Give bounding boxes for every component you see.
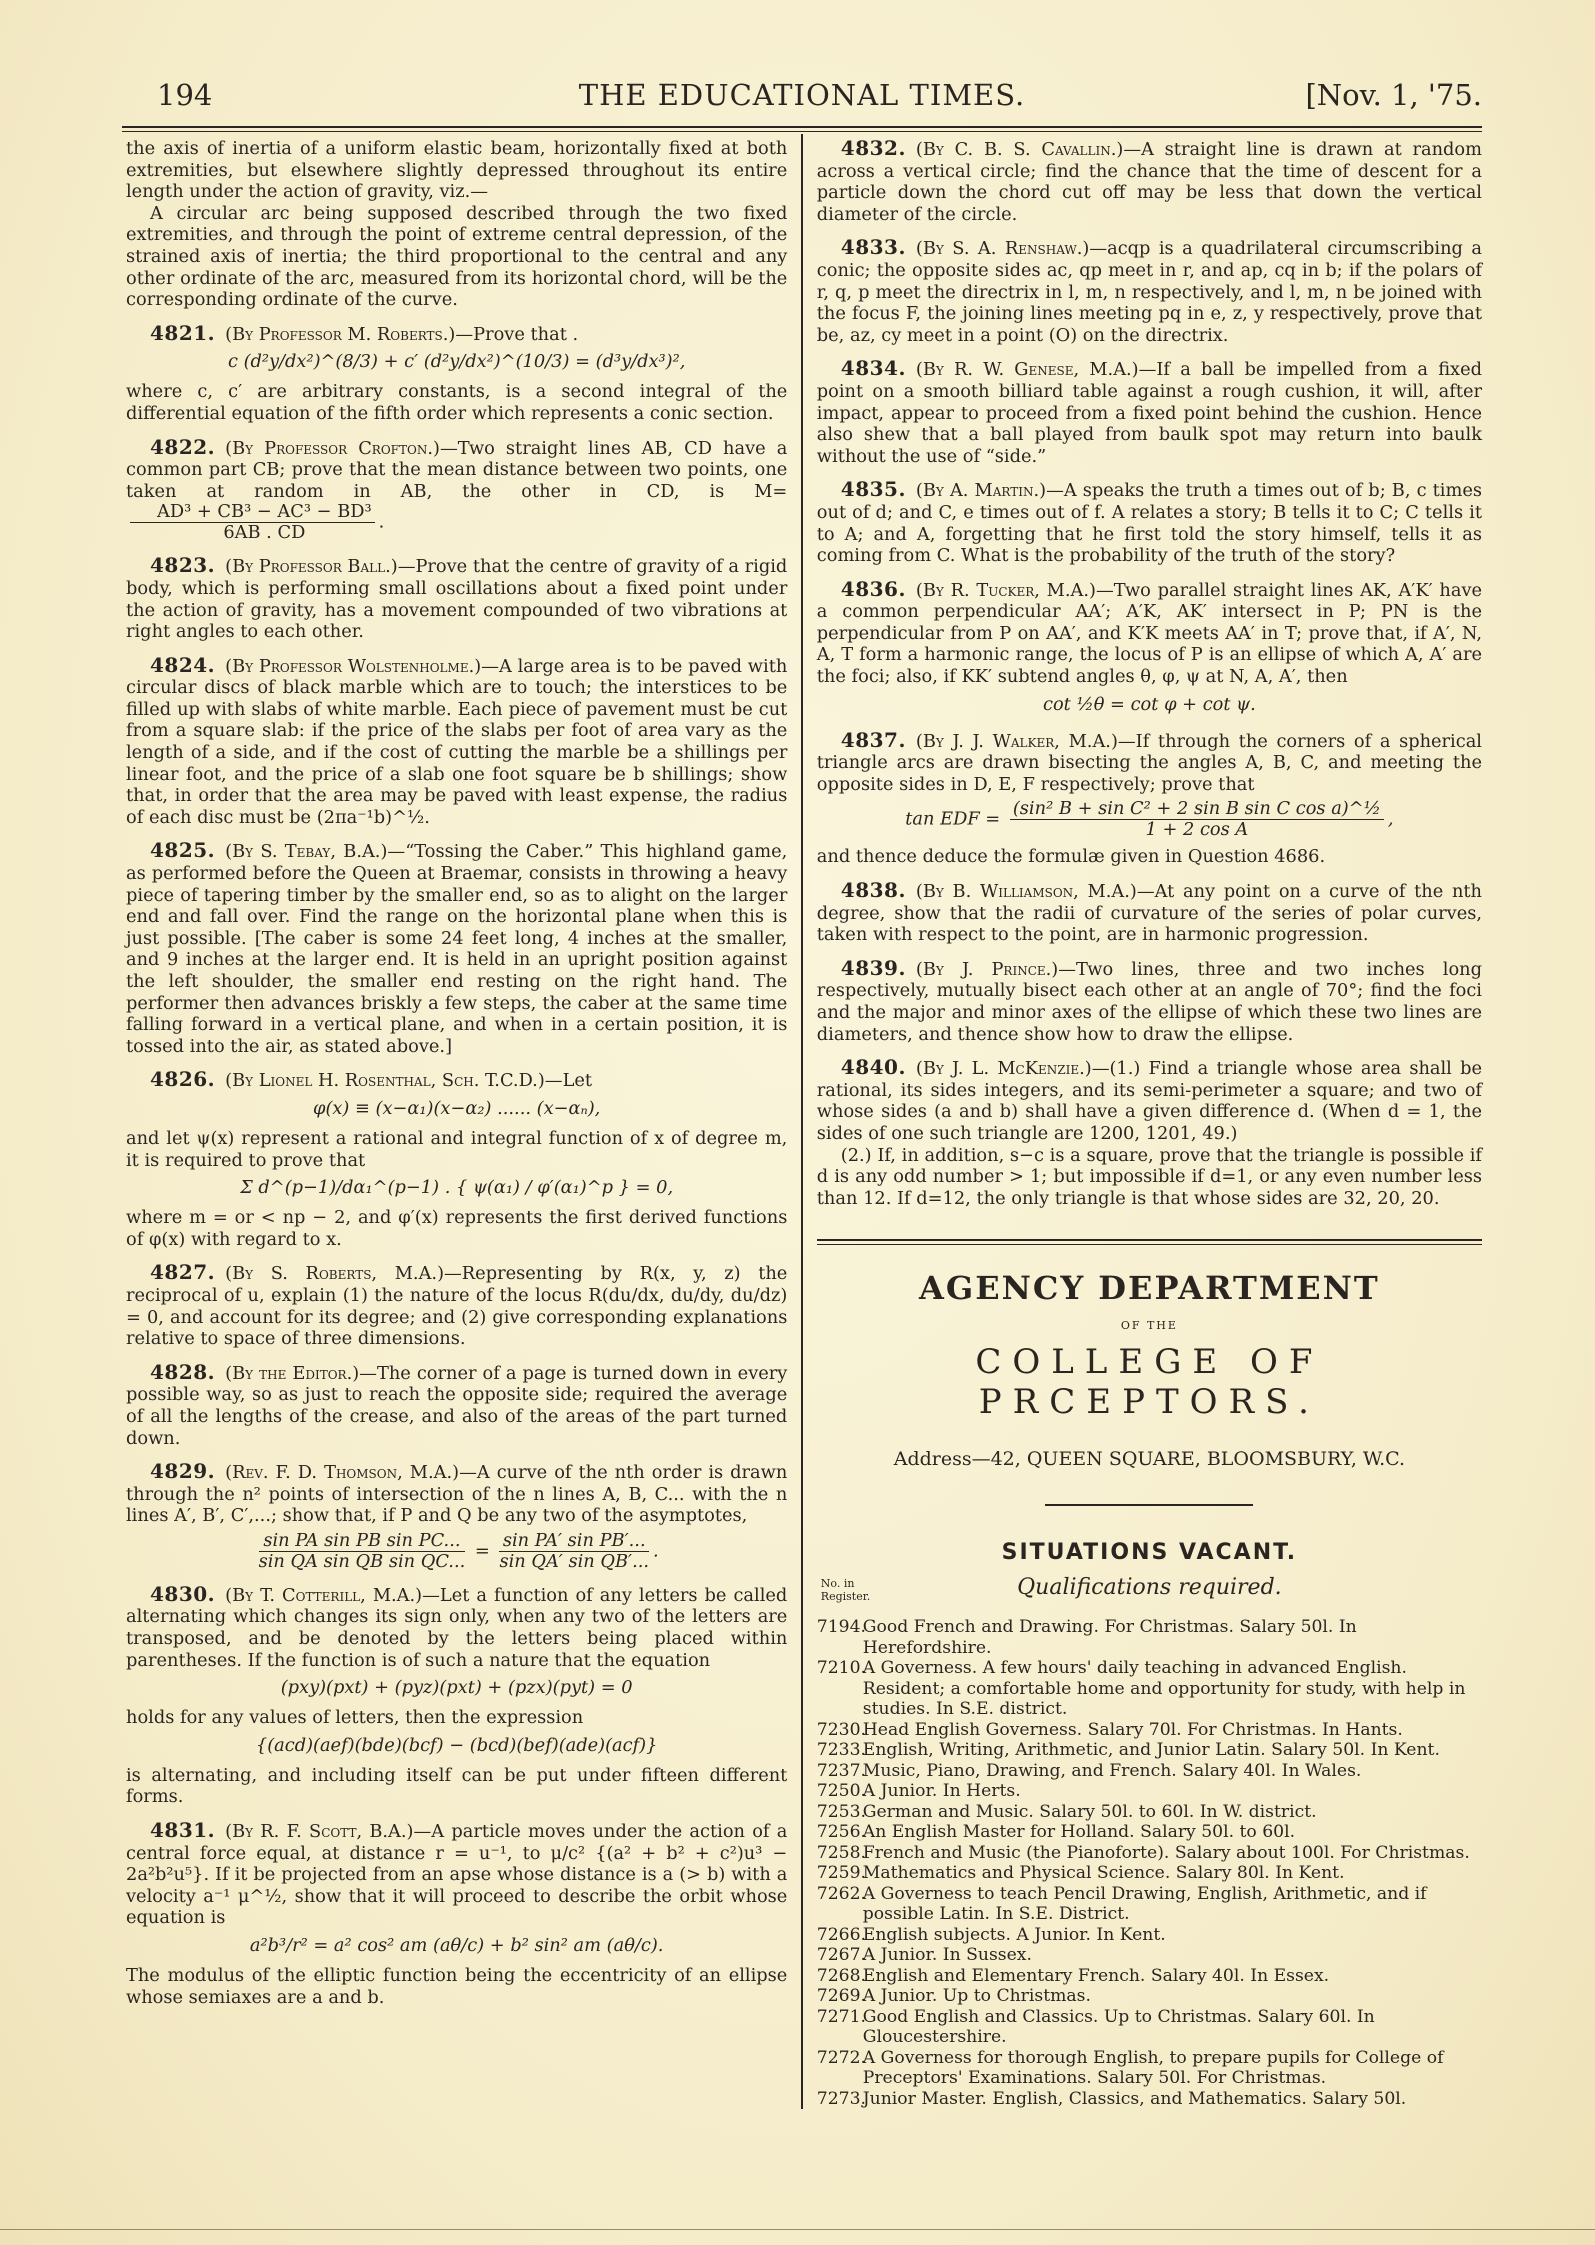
question-number: 4826. — [150, 1067, 215, 1091]
situation-row: 7259.Mathematics and Physical Science. S… — [817, 1863, 1482, 1884]
question-author: (By J. Prince.) — [916, 959, 1058, 980]
question-number: 4825. — [150, 838, 215, 862]
question-text: and let ψ(x) represent a rational and in… — [126, 1128, 787, 1171]
formula: {(acd)(aef)(bde)(bcf) − (bcd)(bef)(ade)(… — [126, 1733, 787, 1759]
question-number: 4839. — [841, 956, 906, 980]
situation-row: 7194.Good French and Drawing. For Christ… — [817, 1617, 1482, 1658]
question-text: —Prove that . — [455, 324, 578, 345]
formula: a²b³/r² = a² cos² am (aθ/c) + b² sin² am… — [126, 1933, 787, 1959]
question-author: (By Lionel H. Rosenthal, Sch. T.C.D.) — [225, 1070, 545, 1091]
newspaper-page: 194 THE EDUCATIONAL TIMES. [Nov. 1, '75.… — [122, 70, 1482, 2109]
formula: (pxy)(pxt) + (pyz)(pxt) + (pzx)(pyt) = 0 — [126, 1675, 787, 1701]
intro-paragraph: the axis of inertia of a uniform elastic… — [126, 138, 787, 203]
question-4835: 4835.(By A. Martin.)—A speaks the truth … — [817, 479, 1482, 566]
agency-title: AGENCY DEPARTMENT — [817, 1269, 1482, 1307]
situations-list: 7194.Good French and Drawing. For Christ… — [817, 1617, 1482, 2109]
question-4837: 4837.(By J. J. Walker, M.A.)—If through … — [817, 730, 1482, 868]
question-text: and thence deduce the formulæ given in Q… — [817, 846, 1482, 868]
question-author: (By Professor M. Roberts.) — [225, 324, 455, 345]
formula: c (d²y/dx²)^(8/3) + c′ (d²y/dx²)^(10/3) … — [126, 349, 787, 375]
situations-header: No. in Register. Qualifications required… — [817, 1569, 1482, 1617]
question-author: (Rev. F. D. Thomson, M.A.) — [225, 1462, 459, 1483]
question-4825: 4825.(By S. Tebay, B.A.)—“Tossing the Ca… — [126, 840, 787, 1057]
right-column: 4832.(By C. B. S. Cavallin.)—A straight … — [803, 132, 1482, 2109]
question-4826: 4826.(By Lionel H. Rosenthal, Sch. T.C.D… — [126, 1069, 787, 1250]
question-author: (By R. W. Genese, M.A.) — [916, 359, 1139, 380]
question-number: 4835. — [841, 477, 906, 501]
situation-row: 7237.Music, Piano, Drawing, and French. … — [817, 1761, 1482, 1782]
question-text: where c, c′ are arbitrary constants, is … — [126, 381, 787, 424]
situation-row: 7271.Good English and Classics. Up to Ch… — [817, 2007, 1482, 2048]
question-text: is alternating, and including itself can… — [126, 1765, 787, 1808]
question-number: 4830. — [150, 1582, 215, 1606]
situation-row: 7258.French and Music (the Pianoforte). … — [817, 1843, 1482, 1864]
college-title: COLLEGE OF PRCEPTORS. — [817, 1342, 1482, 1422]
issue-date: [Nov. 1, '75. — [1305, 78, 1482, 112]
short-rule — [1045, 1504, 1253, 1506]
question-author: (By Professor Ball.) — [225, 556, 398, 577]
question-4834: 4834.(By R. W. Genese, M.A.)—If a ball b… — [817, 358, 1482, 467]
question-number: 4827. — [150, 1260, 215, 1284]
question-text: —“Tossing the Caber.” This highland game… — [126, 841, 787, 1056]
section-rule — [817, 1239, 1482, 1245]
agency-of-the: OF THE — [817, 1319, 1482, 1332]
question-text: —A large area is to be paved with circul… — [126, 656, 787, 828]
question-4821: 4821.(By Professor M. Roberts.)—Prove th… — [126, 323, 787, 425]
question-number: 4821. — [150, 321, 215, 345]
question-author: (By J. J. Walker, M.A.) — [916, 731, 1118, 752]
question-4840: 4840.(By J. L. McKenzie.)—(1.) Find a tr… — [817, 1057, 1482, 1209]
question-author: (By R. F. Scott, B.A.) — [225, 1821, 413, 1842]
question-4827: 4827.(By S. Roberts, M.A.)—Representing … — [126, 1262, 787, 1349]
situation-row: 7233.English, Writing, Arithmetic, and J… — [817, 1740, 1482, 1761]
situation-row: 7256.An English Master for Holland. Sala… — [817, 1822, 1482, 1843]
question-text: (2.) If, in addition, s−c is a square, p… — [817, 1145, 1482, 1210]
question-author: (By A. Martin.) — [916, 480, 1046, 501]
question-author: (By T. Cotterill, M.A.) — [225, 1585, 422, 1606]
formula-fraction: AD³ + CB³ − AC³ − BD³6AB . CD — [130, 502, 375, 543]
question-text: where m = or < np − 2, and φ′(x) represe… — [126, 1207, 787, 1250]
left-column: the axis of inertia of a uniform elastic… — [122, 132, 801, 2109]
publication-title: THE EDUCATIONAL TIMES. — [122, 78, 1482, 112]
formula: tan EDF = (sin² B + sin C² + 2 sin B sin… — [817, 799, 1482, 840]
question-4833: 4833.(By S. A. Renshaw.)—acqp is a quadr… — [817, 237, 1482, 346]
question-number: 4829. — [150, 1459, 215, 1483]
formula: sin PA sin PB sin PC...sin QA sin QB sin… — [126, 1531, 787, 1572]
situation-row: 7272.A Governess for thorough English, t… — [817, 2048, 1482, 2089]
formula: cot ½θ = cot φ + cot ψ. — [817, 692, 1482, 718]
situations-title: SITUATIONS VACANT. — [817, 1540, 1482, 1565]
agency-address: Address—42, QUEEN SQUARE, BLOOMSBURY, W.… — [817, 1448, 1482, 1470]
question-number: 4828. — [150, 1360, 215, 1384]
question-4832: 4832.(By C. B. S. Cavallin.)—A straight … — [817, 138, 1482, 225]
question-number: 4837. — [841, 728, 906, 752]
question-4823: 4823.(By Professor Ball.)—Prove that the… — [126, 555, 787, 642]
columns: the axis of inertia of a uniform elastic… — [122, 132, 1482, 2109]
page-edge — [0, 2229, 1595, 2230]
question-author: (By S. A. Renshaw.) — [916, 238, 1089, 259]
situation-row: 7253.German and Music. Salary 50l. to 60… — [817, 1802, 1482, 1823]
situation-row: 7250.A Junior. In Herts. — [817, 1781, 1482, 1802]
question-number: 4822. — [150, 435, 215, 459]
situation-row: 7262.A Governess to teach Pencil Drawing… — [817, 1884, 1482, 1925]
question-author: (By S. Roberts, M.A.) — [225, 1263, 444, 1284]
question-4839: 4839.(By J. Prince.)—Two lines, three an… — [817, 958, 1482, 1045]
question-number: 4833. — [841, 235, 906, 259]
situation-row: 7266.English subjects. A Junior. In Kent… — [817, 1925, 1482, 1946]
formula: φ(x) ≡ (x−α₁)(x−α₂) ...... (x−αₙ), — [126, 1096, 787, 1122]
running-head: 194 THE EDUCATIONAL TIMES. [Nov. 1, '75. — [122, 70, 1482, 118]
question-author: (By S. Tebay, B.A.) — [225, 841, 387, 862]
situation-row: 7267.A Junior. In Sussex. — [817, 1945, 1482, 1966]
question-number: 4836. — [841, 577, 906, 601]
question-author: (By the Editor.) — [225, 1363, 359, 1384]
question-4822: 4822.(By Professor Crofton.)—Two straigh… — [126, 437, 787, 544]
question-number: 4838. — [841, 878, 906, 902]
agency-section: AGENCY DEPARTMENT OF THE COLLEGE OF PRCE… — [817, 1269, 1482, 2109]
question-author: (By Professor Crofton.) — [225, 438, 440, 459]
question-author: (By B. Williamson, M.A.) — [916, 881, 1137, 902]
situation-row: 7210.A Governess. A few hours' daily tea… — [817, 1658, 1482, 1720]
question-number: 4824. — [150, 653, 215, 677]
intro-paragraph: A circular arc being supposed described … — [126, 203, 787, 311]
question-4836: 4836.(By R. Tucker, M.A.)—Two parallel s… — [817, 579, 1482, 718]
question-text: holds for any values of letters, then th… — [126, 1707, 787, 1729]
question-number: 4823. — [150, 553, 215, 577]
formula: Σ d^(p−1)/dα₁^(p−1) . { ψ(α₁) / φ′(α₁)^p… — [126, 1175, 787, 1201]
question-number: 4840. — [841, 1055, 906, 1079]
question-4830: 4830.(By T. Cotterill, M.A.)—Let a funct… — [126, 1584, 787, 1808]
question-author: (By C. B. S. Cavallin.) — [916, 139, 1123, 160]
question-text: The modulus of the elliptic function bei… — [126, 1965, 787, 2008]
question-author: (By R. Tucker, M.A.) — [916, 580, 1096, 601]
situation-row: 7273.Junior Master. English, Classics, a… — [817, 2089, 1482, 2110]
situation-row: 7269.A Junior. Up to Christmas. — [817, 1986, 1482, 2007]
question-4829: 4829.(Rev. F. D. Thomson, M.A.)—A curve … — [126, 1461, 787, 1572]
situation-row: 7268.English and Elementary French. Sala… — [817, 1966, 1482, 1987]
question-number: 4834. — [841, 356, 906, 380]
question-4838: 4838.(By B. Williamson, M.A.)—At any poi… — [817, 880, 1482, 946]
question-number: 4831. — [150, 1818, 215, 1842]
question-text: —Let — [545, 1070, 592, 1091]
question-author: (By Professor Wolstenholme.) — [225, 656, 481, 677]
question-4824: 4824.(By Professor Wolstenholme.)—A larg… — [126, 655, 787, 829]
question-4828: 4828.(By the Editor.)—The corner of a pa… — [126, 1362, 787, 1449]
question-number: 4832. — [841, 136, 906, 160]
question-author: (By J. L. McKenzie.) — [916, 1058, 1092, 1079]
situation-row: 7230.Head English Governess. Salary 70l.… — [817, 1720, 1482, 1741]
qualifications-header: Qualifications required. — [817, 1575, 1482, 1600]
question-4831: 4831.(By R. F. Scott, B.A.)—A particle m… — [126, 1820, 787, 2008]
